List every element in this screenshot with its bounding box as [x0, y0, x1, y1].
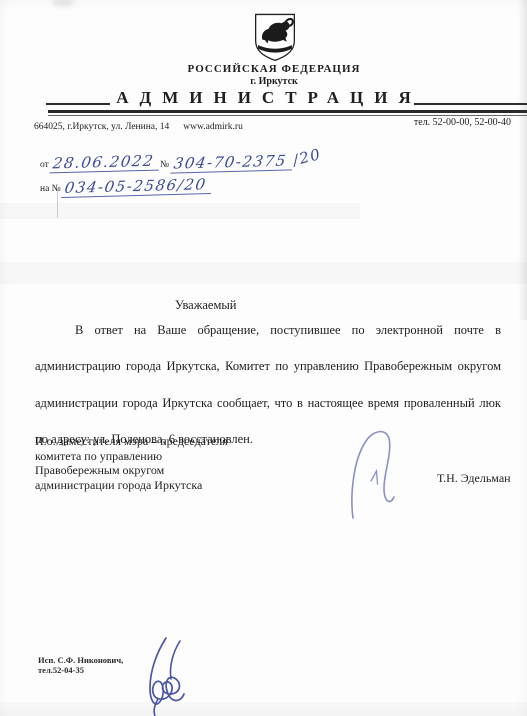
signer-position-line: И.о. заместителя мэра – председателя — [35, 434, 228, 449]
executor-phone: тел.52-04-35 — [38, 665, 123, 675]
edelman-signature-icon — [343, 426, 415, 524]
scan-smudge — [52, 0, 74, 7]
signer-position-block: И.о. заместителя мэра – председателя ком… — [35, 434, 228, 492]
scan-band — [518, 0, 527, 320]
scan-band — [0, 262, 527, 284]
executor-block: Исп. С.Ф. Никонович, тел.52-04-35 — [38, 655, 123, 675]
postal-address: 664025, г.Иркутск, ул. Ленина, 14 — [34, 122, 169, 132]
signer-position-line: Правобережным округом — [35, 463, 228, 478]
signer-position-line: комитета по управлению — [35, 449, 228, 464]
from-label: от — [40, 160, 49, 170]
body-line: администрацию города Иркутска, Комитет п… — [35, 357, 501, 393]
header-phone: тел. 52-00-00, 52-00-40 — [414, 117, 511, 128]
signer-name: Т.Н. Эдельман — [437, 471, 511, 486]
scan-band — [0, 203, 360, 219]
handwritten-number-suffix: /20 — [291, 145, 323, 169]
body-line: администрации города Иркутска сообщает, … — [35, 394, 501, 430]
scan-band — [0, 702, 527, 716]
header-rule-thick — [48, 110, 527, 113]
website: www.admirk.ru — [183, 122, 243, 132]
header-city: г. Иркутск — [0, 76, 527, 87]
header-rule-left — [46, 103, 110, 105]
salutation: Уважаемый — [175, 298, 236, 313]
handwritten-outgoing-number: 304-70-2375 — [170, 151, 294, 173]
irkutsk-coat-of-arms-icon — [250, 12, 300, 62]
letter-body: В ответ на Ваше обращение, поступившее п… — [35, 321, 501, 448]
header-address-line: 664025, г.Иркутск, ул. Ленина, 14www.adm… — [34, 122, 243, 132]
number-label: № — [160, 160, 169, 170]
header-organization-title: АДМИНИСТРАЦИЯ — [0, 88, 527, 108]
handwritten-reply-number: 034-05-2586/20 — [61, 175, 214, 198]
header-country: РОССИЙСКАЯ ФЕДЕРАЦИЯ — [0, 63, 527, 75]
handwritten-date: 28.06.2022 — [49, 152, 161, 174]
outgoing-reference-line: от 28.06.2022№ 304-70-2375/20 — [40, 153, 323, 172]
executor-name: Исп. С.Ф. Никонович, — [38, 655, 123, 665]
scanned-letter-page: РОССИЙСКАЯ ФЕДЕРАЦИЯ г. Иркутск АДМИНИСТ… — [0, 0, 527, 716]
incoming-reference-line: на № 034-05-2586/20 — [40, 177, 212, 196]
scan-fold-line — [57, 188, 58, 218]
signer-position-line: администрации города Иркутска — [35, 478, 228, 493]
header-rule-thin — [48, 115, 527, 116]
executor-signature-icon — [128, 636, 194, 716]
body-line: В ответ на Ваше обращение, поступившее п… — [35, 321, 501, 357]
header-rule-right — [414, 103, 527, 105]
